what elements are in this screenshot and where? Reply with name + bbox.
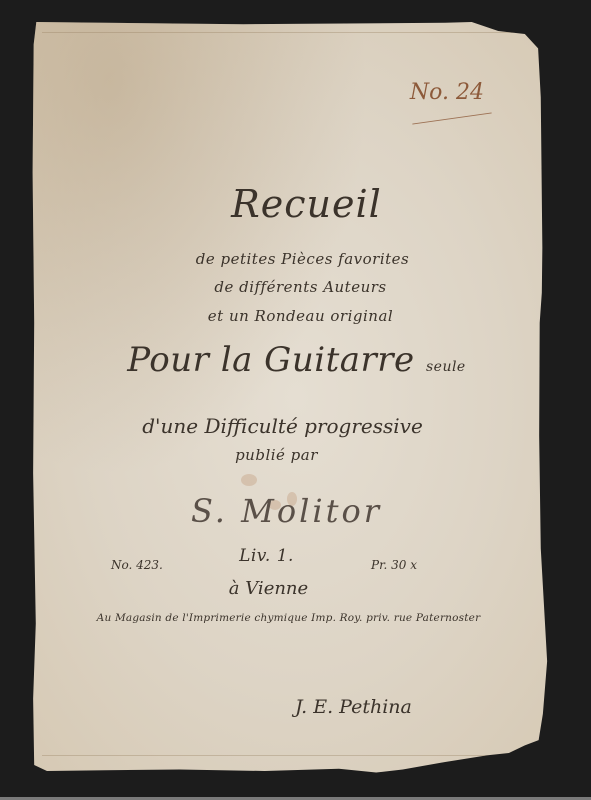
price: Pr. 30 x — [371, 558, 417, 572]
top-edge-fold — [42, 32, 552, 33]
owner-signature: J. E. Pethina — [295, 696, 412, 718]
difficulty-line: d'une Difficulté progressive — [17, 414, 548, 438]
instrument-line: Pour la Guitarre seule — [31, 340, 562, 380]
subtitle-line-3: et un Rondeau original — [35, 307, 566, 325]
catalog-underline — [412, 112, 491, 124]
subtitle-line-1: de petites Pièces favorites — [37, 250, 568, 268]
instrument-suffix: seule — [426, 359, 466, 375]
title-page: No. 24 Recueil de petites Pièces favorit… — [31, 22, 562, 774]
foxing-stain — [241, 474, 257, 486]
book-number: Liv. 1. — [1, 546, 532, 566]
title-recueil: Recueil — [41, 182, 572, 226]
subtitle-line-2: de différents Auteurs — [35, 278, 566, 296]
instrument-text: Pour la Guitarre — [127, 340, 414, 380]
publisher-prefix: publié par — [11, 446, 542, 464]
author-name: S. Molitor — [21, 492, 552, 530]
catalog-number: No. 24 — [410, 80, 484, 105]
bottom-edge-fold — [42, 755, 552, 756]
imprint-line: Au Magasin de l'Imprimerie chymique Imp.… — [23, 612, 554, 624]
city: à Vienne — [3, 578, 534, 599]
